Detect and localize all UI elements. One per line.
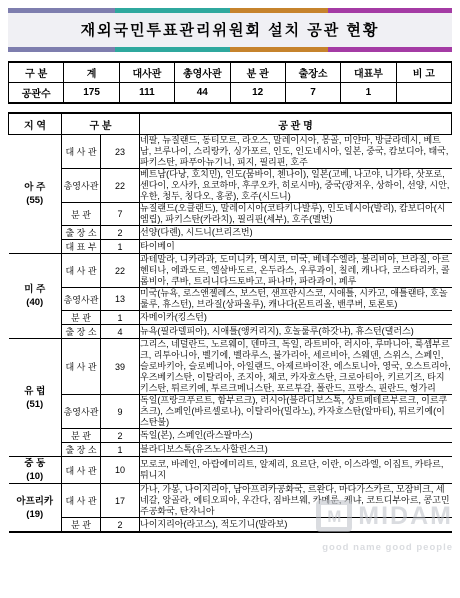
category-cell: 분 관 [62, 429, 101, 443]
summary-header-cell: 대사관 [119, 62, 174, 83]
detail-row: 총영사관13미국(뉴욕, 로스앤젤레스, 보스턴, 샌프란시스코, 시애틀, 시… [9, 288, 452, 311]
category-cell: 분 관 [62, 203, 101, 226]
detail-header-region: 지 역 [9, 113, 62, 135]
missions-cell: 과테말라, 니카라과, 도미니카, 멕시코, 미국, 베네수엘라, 볼리비아, … [140, 254, 452, 288]
summary-value-cell: 175 [64, 83, 119, 104]
watermark-tagline: good name good people [293, 542, 453, 553]
detail-header-category: 구 분 [62, 113, 140, 135]
summary-header-cell: 계 [64, 62, 119, 83]
missions-cell: 가나, 가봉, 나이지리아, 남아프리카공화국, 르완다, 마다가스카르, 모잠… [140, 484, 452, 518]
missions-cell: 미국(뉴욕, 로스앤젤레스, 보스턴, 샌프란시스코, 시애틀, 시카고, 애틀… [140, 288, 452, 311]
count-cell: 23 [101, 135, 140, 169]
detail-tbody: 지 역 구 분 공 관 명 아 주(55)대 사 관23네팔, 뉴질랜드, 동티… [9, 113, 452, 532]
summary-header-cell: 구 분 [9, 62, 64, 83]
detail-row: 총영사관22베트남(다낭, 호치민), 인도(뭄바이, 첸나이), 일본(고베,… [9, 169, 452, 203]
region-cell: 유 럽(51) [9, 339, 62, 457]
detail-row: 총영사관9독일(프랑크푸르트, 함부르크), 러시아(블라디보스톡, 상트페테르… [9, 395, 452, 429]
category-cell: 출 장 소 [62, 443, 101, 457]
detail-row: 중 동(10)대 사 관10모로코, 바레인, 아랍에미리트, 알제리, 요르단… [9, 457, 452, 484]
detail-row: 출 장 소2선양(다롄), 시드니(브리즈번) [9, 226, 452, 240]
category-cell: 대 사 관 [62, 457, 101, 484]
region-cell: 아 주(55) [9, 135, 62, 254]
summary-header-cell: 대표부 [341, 62, 396, 83]
summary-table: 구 분계대사관총영사관분 관출장소대표부비 고 공관수175111441271 [8, 61, 452, 104]
accent-segment [115, 8, 230, 13]
category-cell: 대 표 부 [62, 240, 101, 254]
accent-segment [328, 8, 452, 13]
region-name: 미 주 [9, 283, 62, 296]
count-cell: 22 [101, 254, 140, 288]
region-cell: 중 동(10) [9, 457, 62, 484]
summary-header-cell: 분 관 [230, 62, 285, 83]
region-total: (19) [9, 508, 62, 521]
region-total: (51) [9, 398, 62, 411]
category-cell: 출 장 소 [62, 325, 101, 339]
detail-row: 미 주(40)대 사 관22과테말라, 니카라과, 도미니카, 멕시코, 미국,… [9, 254, 452, 288]
accent-segment [230, 8, 328, 13]
summary-header-cell: 비 고 [396, 62, 451, 83]
category-cell: 대 사 관 [62, 135, 101, 169]
count-cell: 2 [101, 518, 140, 533]
detail-header-missions: 공 관 명 [140, 113, 452, 135]
detail-header-row: 지 역 구 분 공 관 명 [9, 113, 452, 135]
region-total: (55) [9, 194, 62, 207]
region-name: 유 럽 [9, 385, 62, 398]
count-cell: 22 [101, 169, 140, 203]
detail-row: 유 럽(51)대 사 관39그리스, 네덜란드, 노르웨이, 덴마크, 독일, … [9, 339, 452, 395]
missions-cell: 블라디보스톡(유즈노사할린스크) [140, 443, 452, 457]
missions-cell: 선양(다롄), 시드니(브리즈번) [140, 226, 452, 240]
summary-value-cell [396, 83, 451, 104]
document-page: { "title": "재외국민투표관리위원회 설치 공관 현황", "titl… [0, 0, 460, 598]
summary-value-cell: 1 [341, 83, 396, 104]
count-cell: 9 [101, 395, 140, 429]
count-cell: 1 [101, 443, 140, 457]
missions-cell: 네팔, 뉴질랜드, 동티모르, 라오스, 말레이시아, 몽골, 미얀마, 방글라… [140, 135, 452, 169]
region-name: 아프리카 [9, 495, 62, 508]
count-cell: 1 [101, 240, 140, 254]
region-name: 중 동 [9, 457, 62, 470]
accent-segment [115, 47, 230, 52]
summary-value-cell: 12 [230, 83, 285, 104]
missions-cell: 그리스, 네덜란드, 노르웨이, 덴마크, 독일, 라트비아, 러시아, 루마니… [140, 339, 452, 395]
missions-cell: 자메이카(킹스턴) [140, 311, 452, 325]
count-cell: 2 [101, 429, 140, 443]
missions-cell: 뉴질랜드(오클랜드), 말레이시아(코타키나발루), 인도네시아(발리), 캄보… [140, 203, 452, 226]
missions-cell: 나이지리아(라고스), 적도기니(말라보) [140, 518, 452, 533]
detail-row: 출 장 소4뉴욕(필라델피아), 시애틀(앵커리지), 호놀룰루(하갓냐), 휴… [9, 325, 452, 339]
summary-value-cell: 44 [175, 83, 230, 104]
count-cell: 17 [101, 484, 140, 518]
title-top-accent-strip [8, 8, 452, 13]
summary-values-row: 공관수175111441271 [9, 83, 452, 104]
category-cell: 대 사 관 [62, 484, 101, 518]
detail-table: 지 역 구 분 공 관 명 아 주(55)대 사 관23네팔, 뉴질랜드, 동티… [8, 112, 452, 533]
title-bottom-accent-strip [8, 47, 452, 52]
detail-row: 분 관2나이지리아(라고스), 적도기니(말라보) [9, 518, 452, 533]
detail-row: 출 장 소1블라디보스톡(유즈노사할린스크) [9, 443, 452, 457]
count-cell: 13 [101, 288, 140, 311]
page-title: 재외국민투표관리위원회 설치 공관 현황 [8, 13, 452, 47]
region-cell: 미 주(40) [9, 254, 62, 339]
category-cell: 분 관 [62, 518, 101, 533]
count-cell: 2 [101, 226, 140, 240]
detail-row: 아프리카(19)대 사 관17가나, 가봉, 나이지리아, 남아프리카공화국, … [9, 484, 452, 518]
accent-segment [230, 47, 328, 52]
missions-cell: 독일(본), 스페인(라스팔마스) [140, 429, 452, 443]
accent-segment [8, 8, 115, 13]
category-cell: 총영사관 [62, 395, 101, 429]
region-total: (40) [9, 296, 62, 309]
category-cell: 분 관 [62, 311, 101, 325]
detail-row: 아 주(55)대 사 관23네팔, 뉴질랜드, 동티모르, 라오스, 말레이시아… [9, 135, 452, 169]
summary-value-cell: 111 [119, 83, 174, 104]
category-cell: 총영사관 [62, 169, 101, 203]
title-banner: 재외국민투표관리위원회 설치 공관 현황 [8, 8, 452, 52]
summary-header-cell: 총영사관 [175, 62, 230, 83]
region-total: (10) [9, 470, 62, 483]
accent-segment [8, 47, 115, 52]
summary-row-label: 공관수 [9, 83, 64, 104]
accent-segment [328, 47, 452, 52]
missions-cell: 뉴욕(필라델피아), 시애틀(앵커리지), 호놀룰루(하갓냐), 휴스턴(댈러스… [140, 325, 452, 339]
category-cell: 출 장 소 [62, 226, 101, 240]
missions-cell: 독일(프랑크푸르트, 함부르크), 러시아(블라디보스톡, 상트페테르부르크, … [140, 395, 452, 429]
count-cell: 1 [101, 311, 140, 325]
detail-row: 분 관7뉴질랜드(오클랜드), 말레이시아(코타키나발루), 인도네시아(발리)… [9, 203, 452, 226]
detail-row: 분 관1자메이카(킹스턴) [9, 311, 452, 325]
missions-cell: 모로코, 바레인, 아랍에미리트, 알제리, 요르단, 이란, 이스라엘, 이집… [140, 457, 452, 484]
category-cell: 대 사 관 [62, 254, 101, 288]
region-cell: 아프리카(19) [9, 484, 62, 533]
count-cell: 10 [101, 457, 140, 484]
category-cell: 대 사 관 [62, 339, 101, 395]
summary-header-cell: 출장소 [285, 62, 340, 83]
detail-row: 대 표 부1타이베이 [9, 240, 452, 254]
count-cell: 7 [101, 203, 140, 226]
count-cell: 39 [101, 339, 140, 395]
summary-value-cell: 7 [285, 83, 340, 104]
detail-row: 분 관2독일(본), 스페인(라스팔마스) [9, 429, 452, 443]
summary-header-row: 구 분계대사관총영사관분 관출장소대표부비 고 [9, 62, 452, 83]
category-cell: 총영사관 [62, 288, 101, 311]
missions-cell: 타이베이 [140, 240, 452, 254]
count-cell: 4 [101, 325, 140, 339]
region-name: 아 주 [9, 181, 62, 194]
missions-cell: 베트남(다낭, 호치민), 인도(뭄바이, 첸나이), 일본(고베, 나고야, … [140, 169, 452, 203]
